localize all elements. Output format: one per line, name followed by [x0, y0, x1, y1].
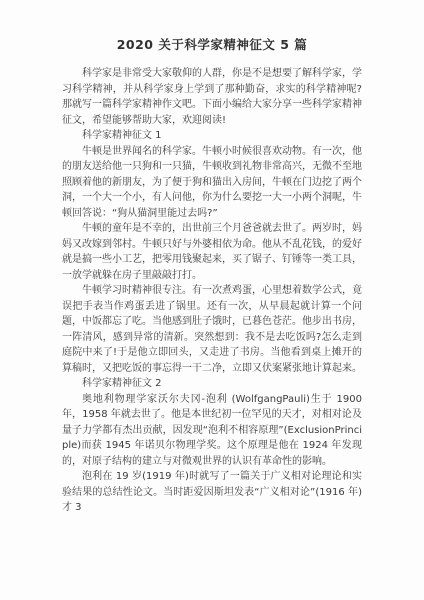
newton-paragraph-1: 牛顿是世界闻名的科学家。牛顿小时候很喜欢动物。有一次，他的朋友送给他一只狗和一只… [62, 144, 362, 222]
pauli-paragraph-2: 泡利在 19 岁(1919 年)时就写了一篇关于广义相对论理论和实验结果的总结性… [62, 469, 362, 516]
newton-paragraph-3: 牛顿学习时精神很专注。有一次煮鸡蛋，心里想着数学公式，竟误把手表当作鸡蛋丢进了锅… [62, 283, 362, 376]
newton-paragraph-2: 牛顿的童年是不幸的，出世前三个月爸爸就去世了。两岁时，妈妈又改嫁到邻村。牛顿只好… [62, 221, 362, 283]
intro-paragraph: 科学家是非常受大家敬仰的人群，你是不是想要了解科学家，学习科学精神，并从科学家身… [62, 66, 362, 128]
section-1-heading: 科学家精神征文 1 [62, 128, 362, 144]
document-page: 2020 关于科学家精神征文 5 篇 科学家是非常受大家敬仰的人群，你是不是想要… [0, 0, 424, 600]
document-title: 2020 关于科学家精神征文 5 篇 [62, 36, 362, 53]
pauli-paragraph-1: 奥地利物理学家沃尔夫冈-泡利 (WolfgangPauli)生于 1900 年，… [62, 392, 362, 470]
section-2-heading: 科学家精神征文 2 [62, 376, 362, 392]
